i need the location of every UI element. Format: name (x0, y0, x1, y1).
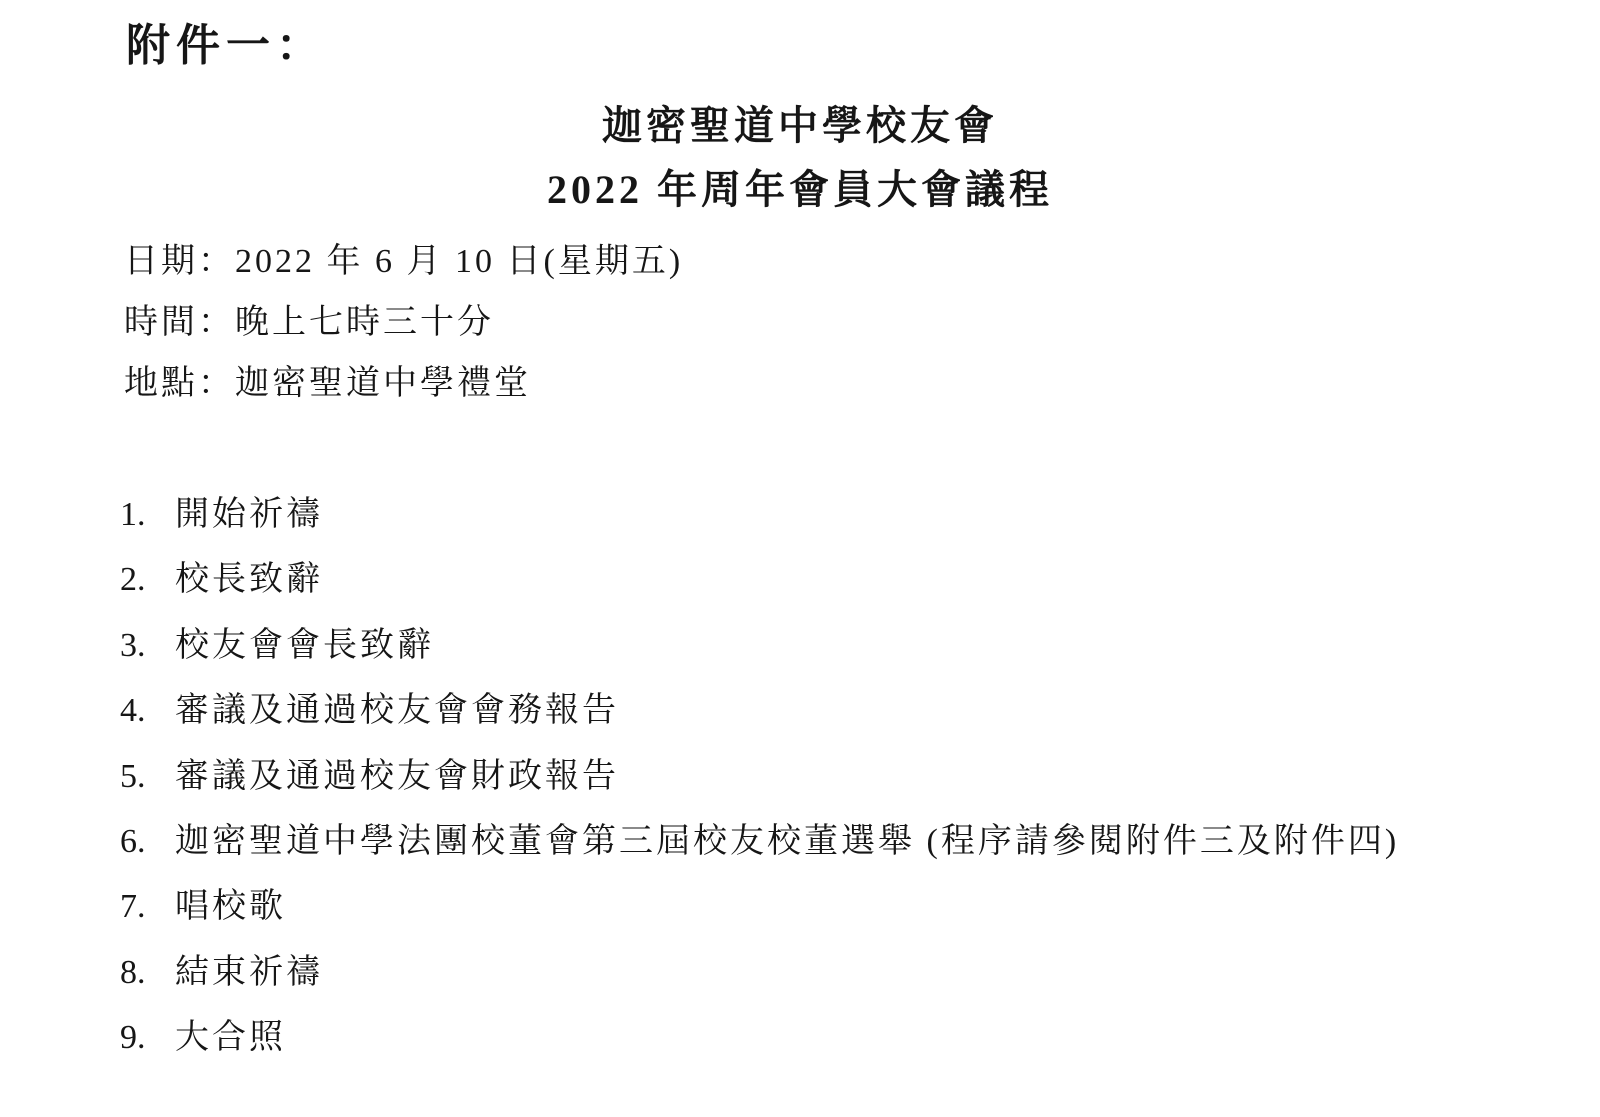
agenda-item-2: 2. 校長致辭 (120, 562, 1399, 627)
agenda-item-number: 3. (120, 628, 175, 664)
meta-date-line: 日期：2022 年 6 月 10 日(星期五) (124, 245, 683, 279)
agenda-item-text: 審議及通過校友會財政報告 (175, 759, 619, 795)
agenda-item-number: 1. (120, 497, 175, 533)
agenda-item-text: 結束祈禱 (175, 955, 323, 991)
page-title-meeting: 2022 年周年會員大會議程 (0, 168, 1600, 212)
meta-venue-line: 地點：迦密聖道中學禮堂 (124, 367, 683, 401)
agenda-item-3: 3. 校友會會長致辭 (120, 628, 1399, 693)
agenda-item-1: 1. 開始祈禱 (120, 497, 1399, 562)
agenda-item-number: 9. (120, 1020, 175, 1056)
page-title-organization: 迦密聖道中學校友會 (0, 104, 1600, 148)
agenda-item-text: 校長致辭 (175, 562, 323, 598)
agenda-item-text: 審議及通過校友會會務報告 (175, 693, 619, 729)
meta-time-line: 時間：晚上七時三十分 (124, 306, 683, 340)
agenda-item-6: 6. 迦密聖道中學法團校董會第三屆校友校董選舉 (程序請參閱附件三及附件四) (120, 824, 1399, 889)
agenda-item-text: 開始祈禱 (175, 497, 323, 533)
attachment-label: 附件一： (126, 22, 326, 70)
agenda-item-7: 7. 唱校歌 (120, 889, 1399, 954)
meeting-meta-block: 日期：2022 年 6 月 10 日(星期五) 時間：晚上七時三十分 地點：迦密… (124, 245, 683, 401)
agenda-item-number: 4. (120, 693, 175, 729)
agenda-item-number: 6. (120, 824, 175, 860)
agenda-item-number: 7. (120, 889, 175, 925)
agenda-item-4: 4. 審議及通過校友會會務報告 (120, 693, 1399, 758)
agenda-item-text: 唱校歌 (175, 889, 286, 925)
agenda-item-text: 迦密聖道中學法團校董會第三屆校友校董選舉 (程序請參閱附件三及附件四) (175, 824, 1399, 860)
agenda-item-text: 校友會會長致辭 (175, 628, 434, 664)
agenda-item-number: 5. (120, 759, 175, 795)
agenda-item-number: 2. (120, 562, 175, 598)
agenda-item-9: 9. 大合照 (120, 1020, 1399, 1085)
agenda-item-5: 5. 審議及通過校友會財政報告 (120, 759, 1399, 824)
agenda-list: 1. 開始祈禱 2. 校長致辭 3. 校友會會長致辭 4. 審議及通過校友會會務… (120, 497, 1399, 1086)
scanned-agenda-document: 附件一： 迦密聖道中學校友會 2022 年周年會員大會議程 日期：2022 年 … (0, 0, 1600, 1117)
agenda-item-8: 8. 結束祈禱 (120, 955, 1399, 1020)
agenda-item-number: 8. (120, 955, 175, 991)
agenda-item-text: 大合照 (175, 1020, 286, 1056)
